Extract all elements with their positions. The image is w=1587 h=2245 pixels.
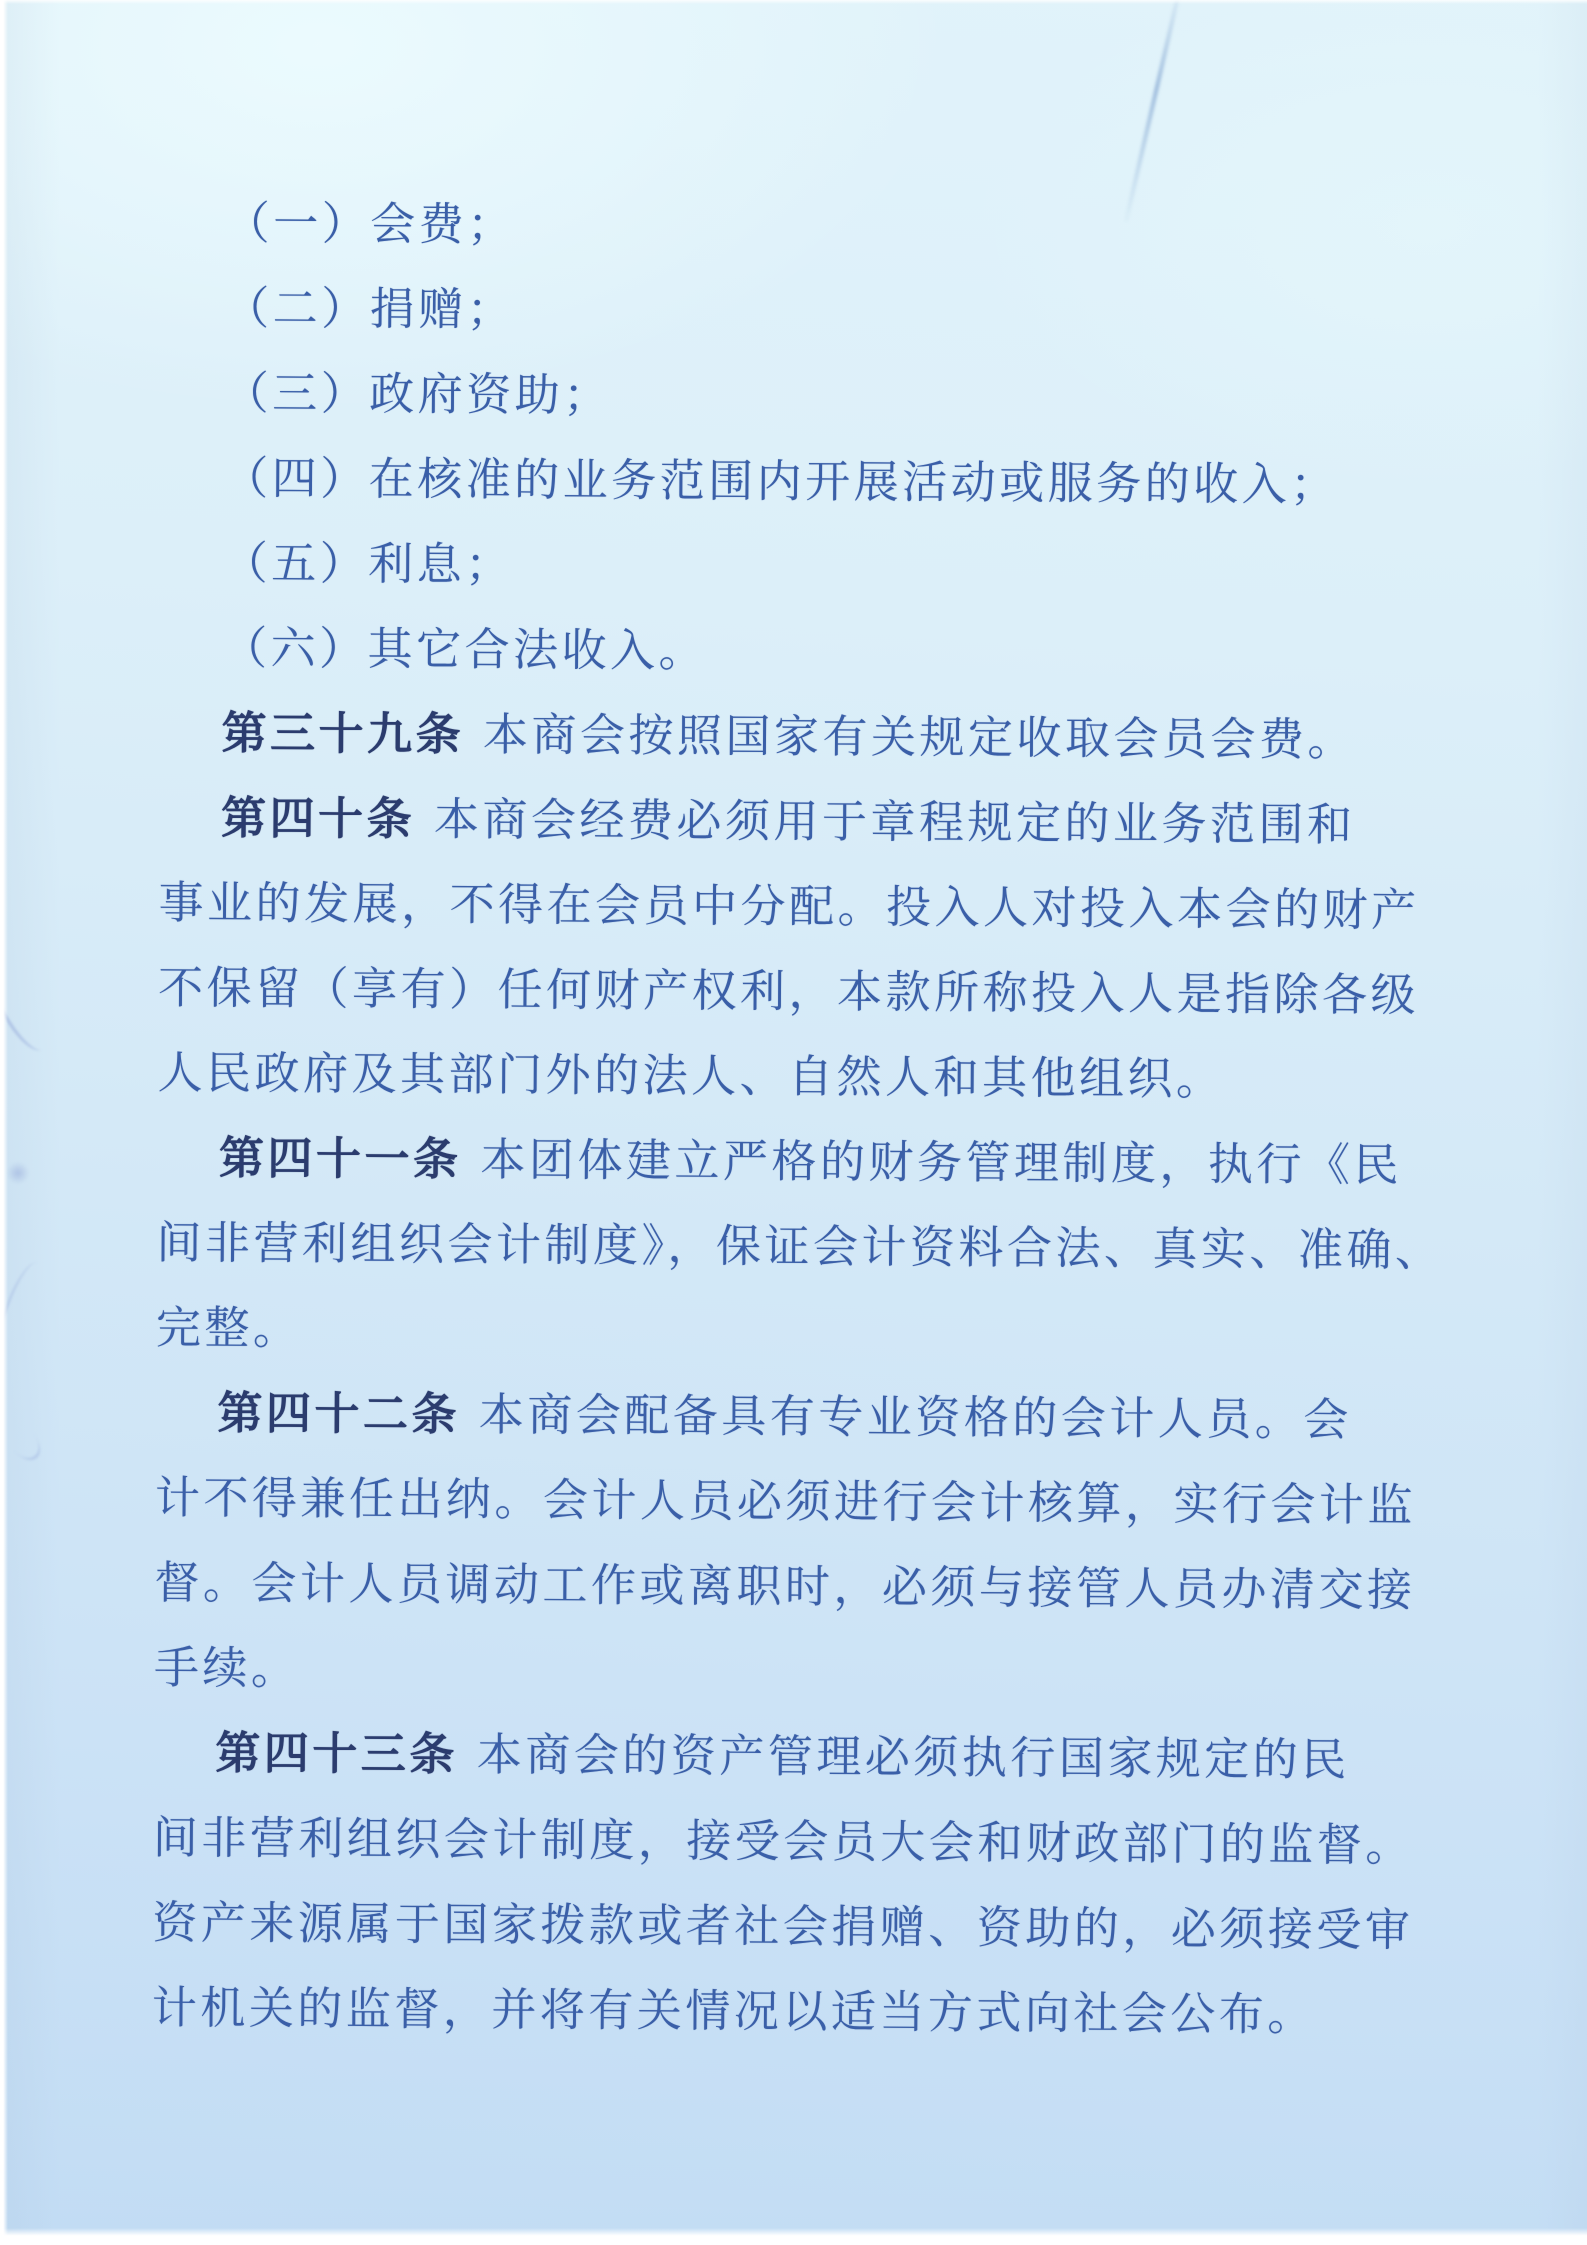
line-text: 间非营利组织会计制度，接受会员大会和财政部门的监督。 xyxy=(153,1811,1414,1872)
line-text: 计不得兼任出纳。会计人员必须进行会计核算，实行会计监 xyxy=(155,1471,1416,1532)
line-text: （二）捐赠； xyxy=(224,281,515,336)
text-line: 间非营利组织会计制度，接受会员大会和财政部门的监督。 xyxy=(153,1795,1438,1888)
text-line: 间非营利组织会计制度》，保证会计资料合法、真实、准确、 xyxy=(156,1200,1441,1293)
line-text: 完整。 xyxy=(156,1301,302,1355)
text-line: 不保留（享有）任何财产权利，本款所称投入人是指除各级 xyxy=(158,945,1443,1038)
text-line: 计不得兼任出纳。会计人员必须进行会计核算，实行会计监 xyxy=(155,1455,1440,1548)
list-item: （一）会费； xyxy=(162,180,1447,273)
article-number: 第四十二条 xyxy=(217,1386,460,1440)
scan-edge-top xyxy=(0,0,1587,4)
article-number: 第三十九条 xyxy=(221,706,464,760)
line-text: 人民政府及其部门外的法人、自然人和其他组织。 xyxy=(157,1046,1224,1106)
line-text: 间非营利组织会计制度》，保证会计资料合法、真实、准确、 xyxy=(156,1216,1443,1277)
line-text: 事业的发展，不得在会员中分配。投入人对投入本会的财产 xyxy=(158,876,1419,937)
scan-edge-bottom xyxy=(0,2228,1587,2245)
article-number: 第四十条 xyxy=(221,791,415,845)
list-item: （六）其它合法收入。 xyxy=(160,605,1445,698)
line-text: （一）会费； xyxy=(225,196,516,251)
list-item: （五）利息； xyxy=(160,520,1445,613)
text-line: 完整。 xyxy=(156,1285,1441,1378)
article-number: 第四十一条 xyxy=(219,1131,462,1185)
list-item: （三）政府资助； xyxy=(161,350,1446,443)
article-39-line: 第三十九条本商会按照国家有关规定收取会员会费。 xyxy=(159,690,1444,783)
line-text: 本商会经费必须用于章程规定的业务范围和 xyxy=(434,793,1356,852)
line-text: 本团体建立严格的财务管理制度，执行《民 xyxy=(480,1133,1402,1192)
line-text: 手续。 xyxy=(154,1641,300,1695)
line-text: （四）在核准的业务范围内开展活动或服务的收入； xyxy=(223,451,1339,511)
line-text: 不保留（享有）任何财产权利，本款所称投入人是指除各级 xyxy=(158,961,1419,1022)
text-line: 督。会计人员调动工作或离职时，必须与接管人员办清交接 xyxy=(154,1540,1439,1633)
text-line: 手续。 xyxy=(154,1625,1439,1718)
line-text: 督。会计人员调动工作或离职时，必须与接管人员办清交接 xyxy=(154,1556,1415,1617)
text-line: 资产来源属于国家拨款或者社会捐赠、资助的，必须接受审 xyxy=(152,1880,1437,1973)
list-item: （四）在核准的业务范围内开展活动或服务的收入； xyxy=(161,435,1446,528)
article-43-line: 第四十三条本商会的资产管理必须执行国家规定的民 xyxy=(153,1710,1438,1803)
line-text: （五）利息； xyxy=(223,536,514,591)
article-42-line: 第四十二条本商会配备具有专业资格的会计人员。会 xyxy=(155,1370,1440,1463)
scanned-document-page: { "page": { "kind": "scanned charter pag… xyxy=(0,0,1587,2245)
article-40-line: 第四十条本商会经费必须用于章程规定的业务范围和 xyxy=(159,775,1444,868)
list-item: （二）捐赠； xyxy=(162,265,1447,358)
line-text: （六）其它合法收入。 xyxy=(222,621,707,677)
scan-edge-left xyxy=(0,0,8,2245)
line-text: 资产来源属于国家拨款或者社会捐赠、资助的，必须接受审 xyxy=(152,1896,1413,1957)
line-text: 本商会配备具有专业资格的会计人员。会 xyxy=(479,1388,1352,1446)
article-41-line: 第四十一条本团体建立严格的财务管理制度，执行《民 xyxy=(157,1115,1442,1208)
line-text: （三）政府资助； xyxy=(224,366,612,421)
document-body: （一）会费； （二）捐赠； （三）政府资助； （四）在核准的业务范围内开展活动或… xyxy=(152,180,1448,2058)
text-line: 计机关的监督，并将有关情况以适当方式向社会公布。 xyxy=(152,1965,1437,2058)
line-text: 本商会按照国家有关规定收取会员会费。 xyxy=(483,708,1356,766)
line-text: 计机关的监督，并将有关情况以适当方式向社会公布。 xyxy=(152,1981,1316,2041)
text-line: 人民政府及其部门外的法人、自然人和其他组织。 xyxy=(157,1030,1442,1123)
line-text: 本商会的资产管理必须执行国家规定的民 xyxy=(477,1728,1350,1786)
text-line: 事业的发展，不得在会员中分配。投入人对投入本会的财产 xyxy=(158,860,1443,953)
article-number: 第四十三条 xyxy=(215,1726,458,1780)
ink-smudge xyxy=(2,1150,42,1196)
